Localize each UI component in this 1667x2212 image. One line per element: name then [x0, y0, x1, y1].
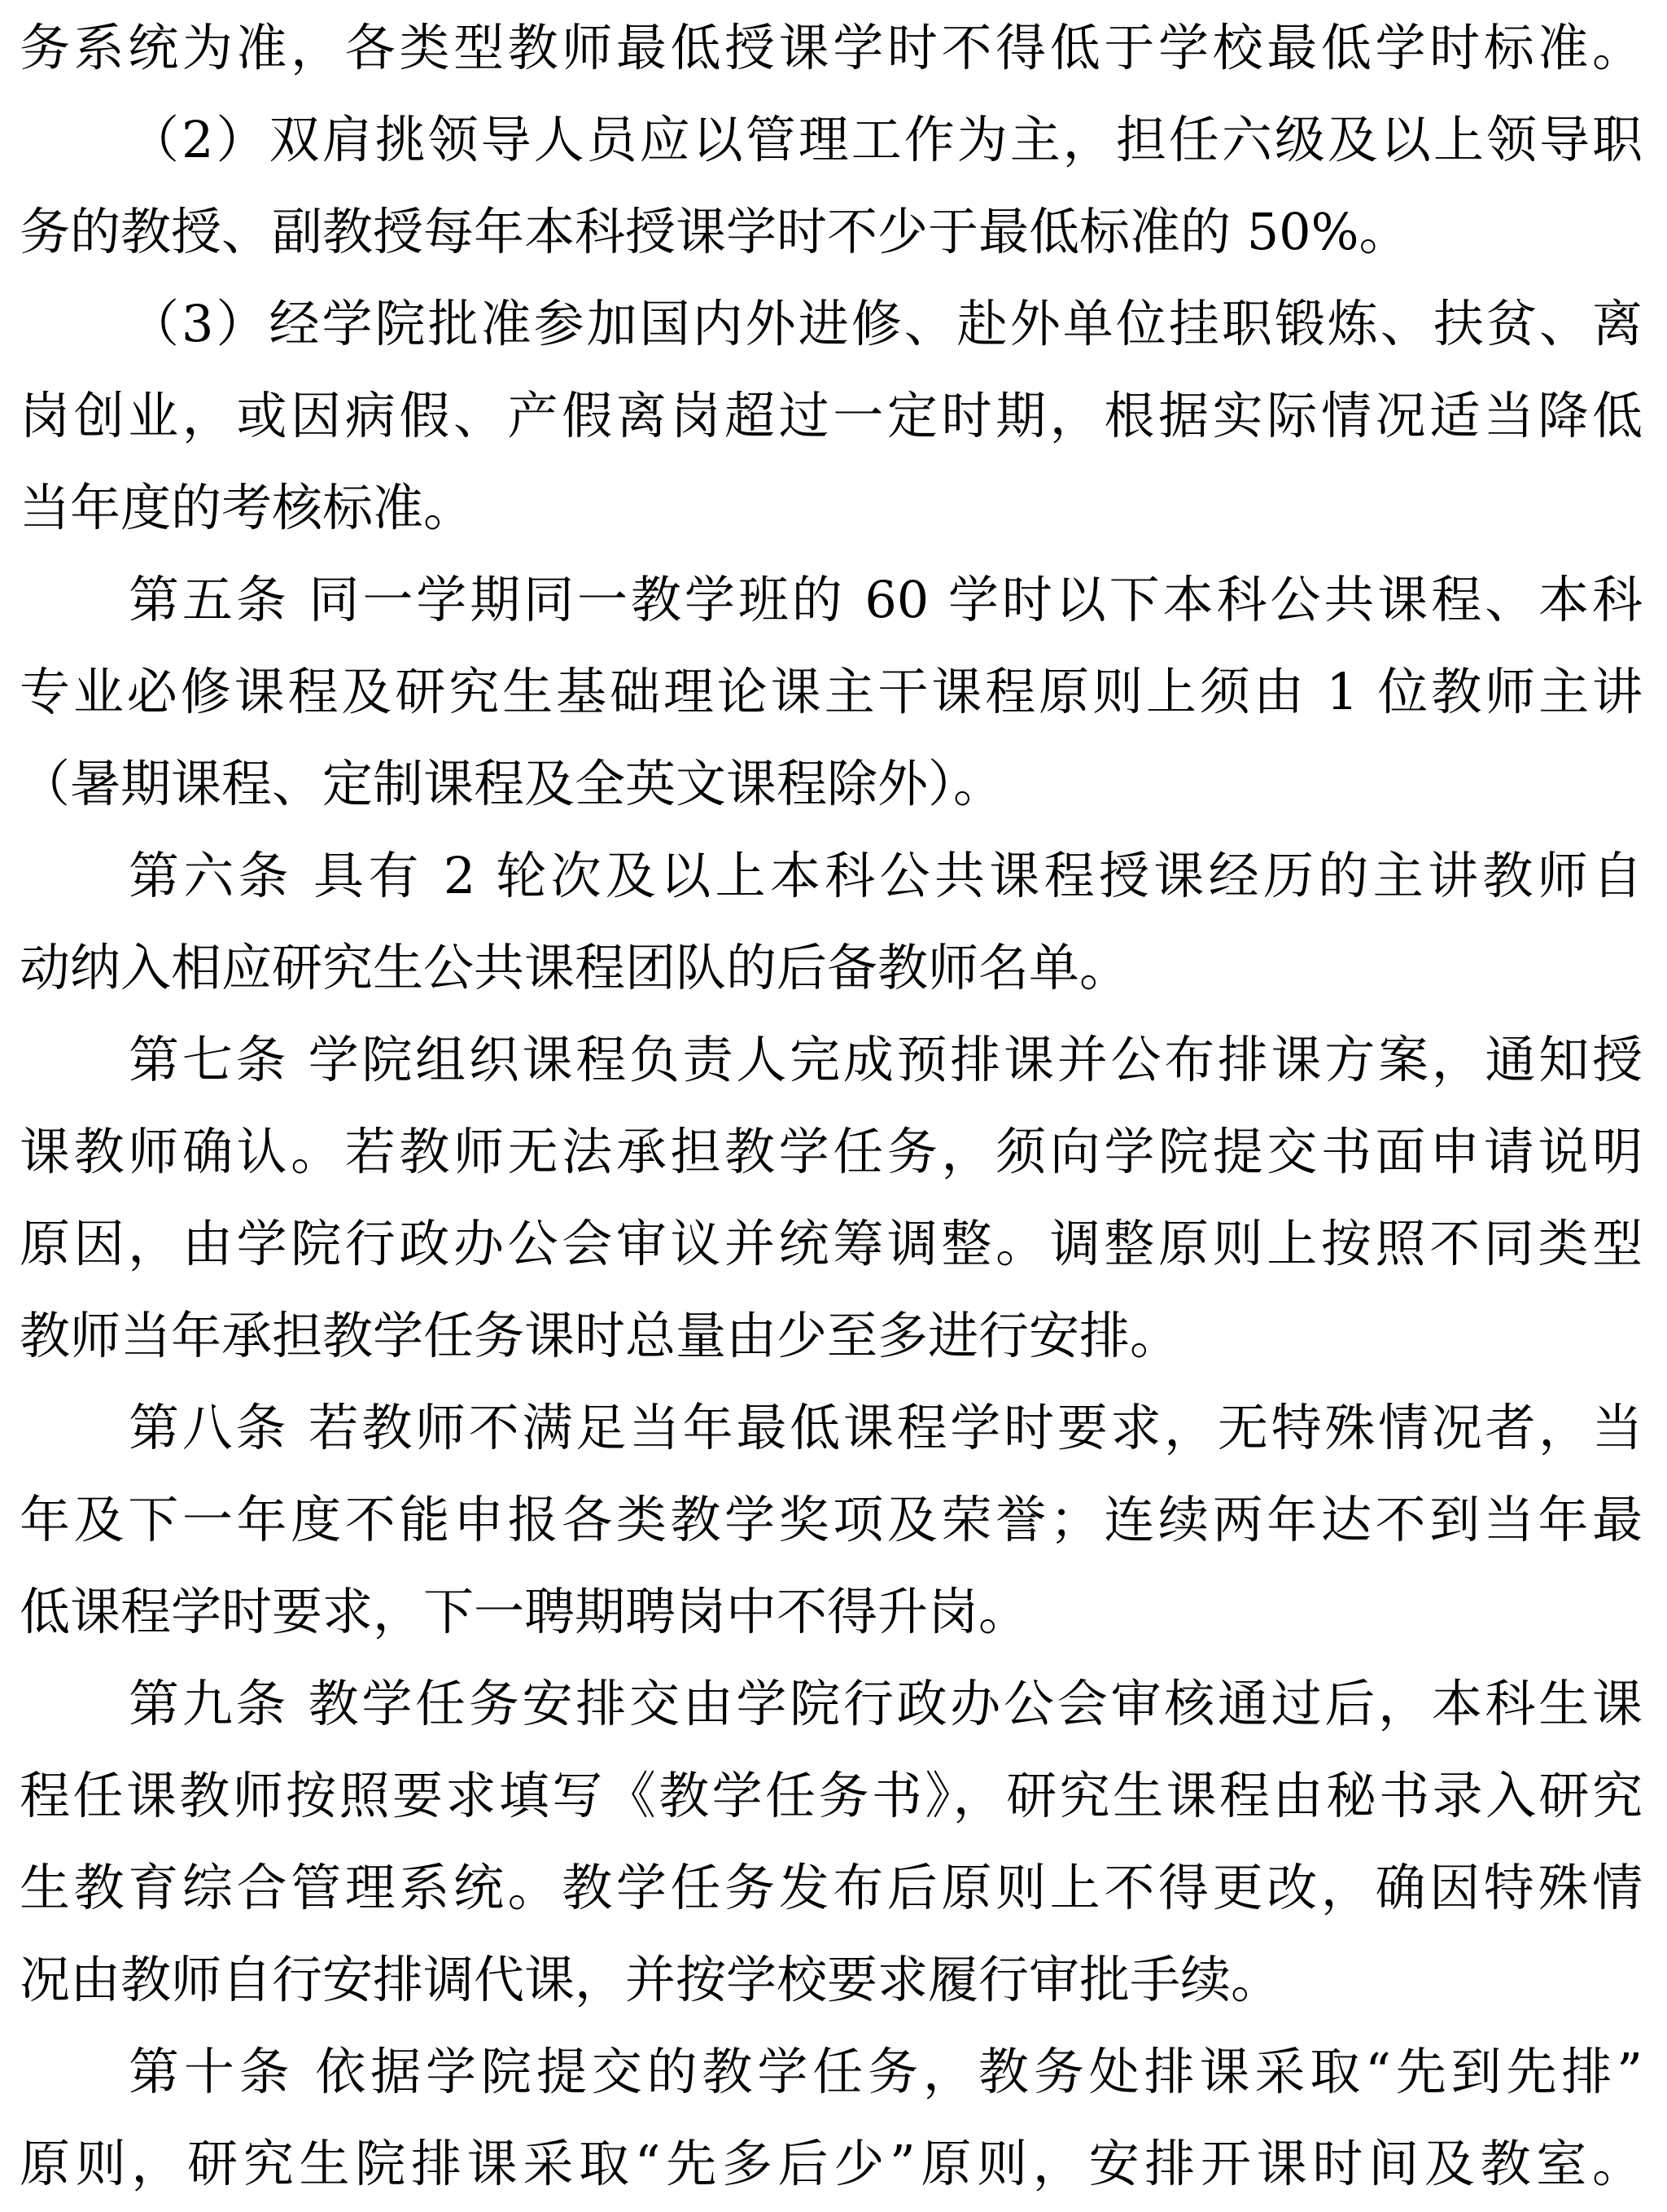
- text-line: （暑期课程、定制课程及全英文课程除外）。: [20, 738, 1643, 830]
- text-line: （2）双肩挑领导人员应以管理工作为主，担任六级及以上领导职: [20, 94, 1643, 186]
- text-line: 低课程学时要求，下一聘期聘岗中不得升岗。: [20, 1566, 1643, 1658]
- document-page: 务系统为准，各类型教师最低授课学时不得低于学校最低学时标准。 （2）双肩挑领导人…: [0, 0, 1667, 2212]
- text-line: 动纳入相应研究生公共课程团队的后备教师名单。: [20, 922, 1643, 1014]
- text-line: 第五条 同一学期同一教学班的 60 学时以下本科公共课程、本科: [20, 554, 1643, 646]
- text-line: 务的教授、副教授每年本科授课学时不少于最低标准的 50%。: [20, 186, 1643, 278]
- text-line: 第八条 若教师不满足当年最低课程学时要求，无特殊情况者，当: [20, 1382, 1643, 1474]
- text-line: 当年度的考核标准。: [20, 462, 1643, 554]
- text-line: 专业必修课程及研究生基础理论课主干课程原则上须由 1 位教师主讲: [20, 646, 1643, 738]
- text-line: 课教师确认。若教师无法承担教学任务，须向学院提交书面申请说明: [20, 1106, 1643, 1198]
- text-line: 务系统为准，各类型教师最低授课学时不得低于学校最低学时标准。: [20, 2, 1643, 94]
- text-line: 岗创业，或因病假、产假离岗超过一定时期，根据实际情况适当降低: [20, 370, 1643, 462]
- text-line: 生教育综合管理系统。教学任务发布后原则上不得更改，确因特殊情: [20, 1842, 1643, 1934]
- text-line: 程任课教师按照要求填写《教学任务书》，研究生课程由秘书录入研究: [20, 1750, 1643, 1842]
- text-line: （3）经学院批准参加国内外进修、赴外单位挂职锻炼、扶贫、离: [20, 278, 1643, 370]
- text-line: 原则，研究生院排课采取“先多后少”原则，安排开课时间及教室。: [20, 2118, 1643, 2210]
- text-line: 第七条 学院组织课程负责人完成预排课并公布排课方案，通知授: [20, 1014, 1643, 1106]
- text-line: 第九条 教学任务安排交由学院行政办公会审核通过后，本科生课: [20, 1658, 1643, 1750]
- text-line: 第十条 依据学院提交的教学任务，教务处排课采取“先到先排”: [20, 2026, 1643, 2118]
- text-line: 况由教师自行安排调代课，并按学校要求履行审批手续。: [20, 1934, 1643, 2026]
- text-line: 第六条 具有 2 轮次及以上本科公共课程授课经历的主讲教师自: [20, 830, 1643, 922]
- document-body: 务系统为准，各类型教师最低授课学时不得低于学校最低学时标准。 （2）双肩挑领导人…: [0, 0, 1667, 2210]
- text-line: 教师当年承担教学任务课时总量由少至多进行安排。: [20, 1290, 1643, 1382]
- text-line: 年及下一年度不能申报各类教学奖项及荣誉；连续两年达不到当年最: [20, 1474, 1643, 1566]
- text-line: 原因，由学院行政办公会审议并统筹调整。调整原则上按照不同类型: [20, 1198, 1643, 1290]
